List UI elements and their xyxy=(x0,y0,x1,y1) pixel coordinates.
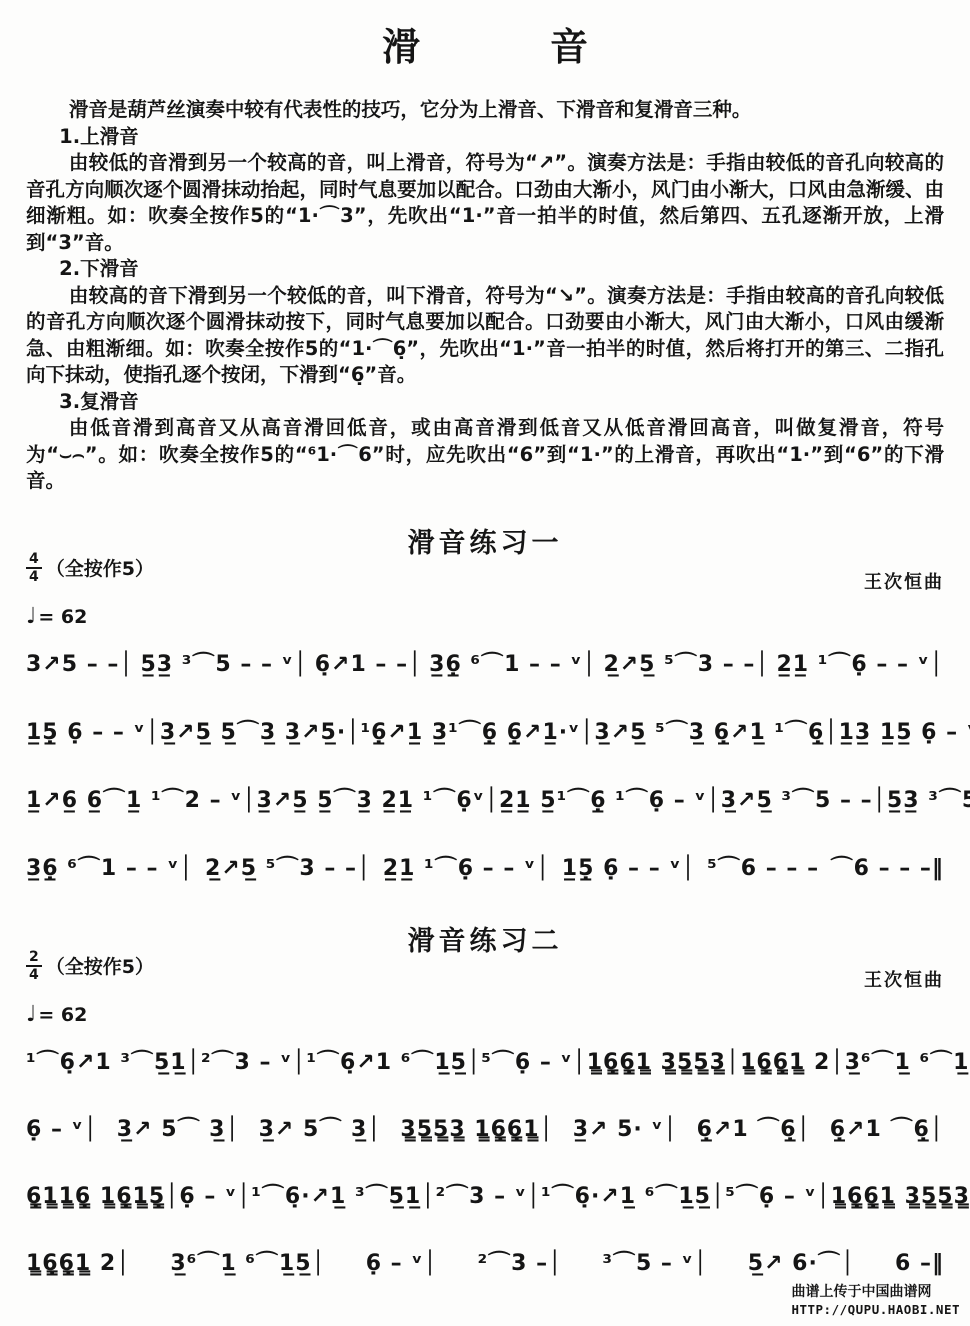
measure: 6̣ – ᵛ│ xyxy=(366,1251,438,1276)
measure: 6̣ – ᵛ│ xyxy=(26,1117,98,1142)
composer-credit: 王次恒曲 xyxy=(864,568,944,594)
section-heading-up-slide: 1.上滑音 xyxy=(26,124,944,151)
composer-credit: 王次恒曲 xyxy=(864,966,944,992)
music-line: 3̲6̣̲ ⁶⌒1 – – ᵛ│2̲↗5̲ ⁵⌒3 – –│2̲1̲ ¹⌒6̣ … xyxy=(26,851,944,882)
measure: 5̲↗ 6·⌒│ xyxy=(748,1246,855,1277)
measure: 5̲3̲ ³⌒5 – – ᵛ│ xyxy=(887,783,970,814)
measure: ¹⌒6̣↗1 ⁶⌒1̲5̲│ xyxy=(306,1045,481,1076)
measure: ¹⌒6̣↗1 ³⌒5̲1̲│ xyxy=(26,1045,201,1076)
section-body-up-slide: 由较低的音滑到另一个较高的音，叫上滑音，符号为“↗”。演奏方法是：手指由较低的音… xyxy=(26,150,944,256)
measure: 6 –‖ xyxy=(895,1251,944,1276)
exercise-1-key: 4 4 （全按作5） xyxy=(26,552,154,584)
time-signature: 2 4 xyxy=(26,950,42,982)
measure: 2̲1̲ ¹⌒6̣ – – ᵛ│ xyxy=(383,851,550,882)
measure: 5̲3̲ ³⌒5 – – ᵛ│ xyxy=(140,647,307,678)
measure: 2̲1̲ ¹⌒6̣ – – ᵛ│ xyxy=(776,647,943,678)
tempo-marking: ♩= 62 xyxy=(26,604,944,629)
intro-paragraph: 滑音是葫芦丝演奏中较有代表性的技巧，它分为上滑音、下滑音和复滑音三种。 xyxy=(26,97,944,124)
measure: 3̲6̣̲ ⁶⌒1 – – ᵛ│ xyxy=(26,851,193,882)
measure: ¹6̣̲↗1̲ 3̲¹⌒6̣̲ 6̣̲↗1̲·ᵛ│ xyxy=(360,715,594,746)
key-note-label: （全按作5） xyxy=(46,952,154,979)
music-line: 3↗5 – –│5̲3̲ ³⌒5 – – ᵛ│6̣↗1 – –│3̲6̣̲ ⁶⌒… xyxy=(26,647,944,678)
tempo-value: = 62 xyxy=(38,1004,87,1026)
measure: 2̲↗5̲ ⁵⌒3 – –│ xyxy=(205,851,371,882)
watermark-text: 曲谱上传于中国曲谱网 xyxy=(791,1284,960,1301)
site-watermark: 曲谱上传于中国曲谱网 HTTP://QUPU.HAOBI.NET xyxy=(791,1284,960,1318)
music-line: 6̣̳1̳1̳6̣̳ 1̳6̣̳1̳5̣̳│6̣ – ᵛ│¹⌒6̣·↗1̲ ³⌒… xyxy=(26,1179,944,1210)
exercise-1: 滑音练习一 4 4 （全按作5） 王次恒曲 ♩= 62 3↗5 – –│5̲3̲… xyxy=(26,521,944,882)
music-line: 6̣ – ᵛ│3̲↗ 5⌒ 3̲│3̲↗ 5⌒ 3̲│3̳5̳5̳3̳ 1̳6̣… xyxy=(26,1112,944,1143)
sheet-page: 滑 音 滑音是葫芦丝演奏中较有代表性的技巧，它分为上滑音、下滑音和复滑音三种。 … xyxy=(0,0,970,1277)
measure: 3̲↗5̲ ⁵⌒3̲ 6̣̲↗1̲ ¹⌒6̣̲│ xyxy=(594,715,838,746)
exercise-2-score: ¹⌒6̣↗1 ³⌒5̲1̲│²⌒3 – ᵛ│¹⌒6̣↗1 ⁶⌒1̲5̲│⁵⌒6̣… xyxy=(26,1045,944,1277)
time-signature-top: 4 xyxy=(26,552,42,569)
measure: 3̲↗5̲ 5̲⌒3̲ 3̲↗5̲·│ xyxy=(160,715,361,746)
instruction-text: 滑音是葫芦丝演奏中较有代表性的技巧，它分为上滑音、下滑音和复滑音三种。 1.上滑… xyxy=(26,97,944,495)
measure: 3̲↗ 5· ᵛ│ xyxy=(573,1117,678,1142)
measure: ²⌒3 –│ xyxy=(478,1246,563,1277)
tempo-value: = 62 xyxy=(38,606,87,628)
time-signature-bottom: 4 xyxy=(29,569,39,584)
measure: 3↗5 – –│ xyxy=(26,652,134,677)
section-heading-compound-slide: 3.复滑音 xyxy=(26,389,944,416)
key-note-label: （全按作5） xyxy=(46,554,154,581)
measure: 3̲6̣̲ ⁶⌒1 – – ᵛ│ xyxy=(429,647,596,678)
measure: 6̣ – ᵛ│ xyxy=(179,1184,251,1209)
measure: 3̲⁶⌒1̲ ⁶⌒1̲5̲│ xyxy=(170,1246,325,1277)
measure: ⌒6 – – –‖ xyxy=(831,851,944,882)
measure: 3̲⁶⌒1̲ ⁶⌒1̲5̲│ xyxy=(845,1045,970,1076)
measure: 1̳6̣̳6̣̳1̳ 2│ xyxy=(740,1050,844,1075)
music-line: ¹⌒6̣↗1 ³⌒5̲1̲│²⌒3 – ᵛ│¹⌒6̣↗1 ⁶⌒1̲5̲│⁵⌒6̣… xyxy=(26,1045,944,1076)
measure: 1̲5̣̲ 6̣ – – ᵛ│ xyxy=(562,856,696,881)
time-signature-top: 2 xyxy=(26,950,42,967)
measure: ²⌒3 – ᵛ│ xyxy=(435,1179,541,1210)
measure: 3̳5̳5̳3̳ 1̳6̣̳6̣̳1̳│ xyxy=(400,1117,553,1142)
measure: 3̲↗5̲ ³⌒5 – –│ xyxy=(721,783,887,814)
measure: 6̣̲↗1 ⌒6̣̲│ xyxy=(830,1112,944,1143)
measure: ⁵⌒6̣ – ᵛ│ xyxy=(481,1045,587,1076)
measure: 1̲5̣̲ 6̣ – – ᵛ│ xyxy=(26,720,160,745)
measure: ³⌒5 – ᵛ│ xyxy=(602,1246,708,1277)
exercise-2: 滑音练习二 2 4 （全按作5） 王次恒曲 ♩= 62 ¹⌒6̣↗1 ³⌒5̲1… xyxy=(26,919,944,1277)
music-line: 1̲↗6̲ 6̲⌒1̲ ¹⌒2 – ᵛ│3̲↗5̲ 5̲⌒3̲ 2̲1̲ ¹⌒6… xyxy=(26,783,944,814)
measure: 6̣̳1̳1̳6̣̳ 1̳6̣̳1̳5̣̳│ xyxy=(26,1184,179,1209)
page-title: 滑 音 xyxy=(26,16,944,71)
measure: 3̲↗5̲ 5̲⌒3̲ 2̲1̲ ¹⌒6̣ᵛ│ xyxy=(257,783,499,814)
measure: 2̲↗5̲ ⁵⌒3 – –│ xyxy=(603,647,769,678)
measure: ⁵⌒6 – – – xyxy=(707,851,819,882)
measure: ¹⌒6̣·↗1̲ ³⌒5̲1̲│ xyxy=(251,1179,435,1210)
measure: 1̲↗6̲ 6̲⌒1̲ ¹⌒2 – ᵛ│ xyxy=(26,783,257,814)
exercise-1-score: 3↗5 – –│5̲3̲ ³⌒5 – – ᵛ│6̣↗1 – –│3̲6̣̲ ⁶⌒… xyxy=(26,647,944,882)
measure: 2̲1̲ 5̲¹⌒6̣̲ ¹⌒6̣ – ᵛ│ xyxy=(499,783,721,814)
measure: ⁵⌒6̣ – ᵛ│ xyxy=(725,1179,831,1210)
music-line: 1̲5̣̲ 6̣ – – ᵛ│3̲↗5̲ 5̲⌒3̲ 3̲↗5̲·│¹6̣̲↗1… xyxy=(26,715,944,746)
quarter-note-icon: ♩ xyxy=(26,604,36,629)
time-signature-bottom: 4 xyxy=(29,967,39,982)
watermark-url: HTTP://QUPU.HAOBI.NET xyxy=(791,1301,960,1318)
measure: 6̣↗1 – –│ xyxy=(315,652,423,677)
measure: 1̳6̣̳6̣̳1̳ 2│ xyxy=(26,1251,130,1276)
quarter-note-icon: ♩ xyxy=(26,1002,36,1027)
measure: ¹⌒6̣·↗1̲ ⁶⌒1̲5̲│ xyxy=(541,1179,725,1210)
exercise-2-key: 2 4 （全按作5） xyxy=(26,950,154,982)
measure: 1̳6̣̳6̣̳1̳ 3̳5̳5̳3̳│ xyxy=(831,1184,970,1209)
section-body-down-slide: 由较高的音下滑到另一个较低的音，叫下滑音，符号为“↘”。演奏方法是：手指由较高的… xyxy=(26,283,944,389)
measure: 6̣̲↗1 ⌒6̣̲│ xyxy=(697,1112,811,1143)
measure: 3̲↗ 5⌒ 3̲│ xyxy=(117,1112,240,1143)
section-heading-down-slide: 2.下滑音 xyxy=(26,256,944,283)
measure: ²⌒3 – ᵛ│ xyxy=(201,1045,307,1076)
measure: 3̲↗ 5⌒ 3̲│ xyxy=(259,1112,382,1143)
time-signature: 4 4 xyxy=(26,552,42,584)
measure: 1̲3̲ 1̲5̲ 6̣ – ᵛ│ xyxy=(839,720,970,745)
measure: 1̳6̣̳6̣̳1̳ 3̳5̳5̳3̳│ xyxy=(587,1050,740,1075)
music-line: 1̳6̣̳6̣̳1̳ 2│3̲⁶⌒1̲ ⁶⌒1̲5̲│6̣ – ᵛ│²⌒3 –│… xyxy=(26,1246,944,1277)
section-body-compound-slide: 由低音滑到高音又从高音滑回低音，或由高音滑到低音又从低音滑回高音，叫做复滑音，符… xyxy=(26,415,944,495)
tempo-marking: ♩= 62 xyxy=(26,1002,944,1027)
